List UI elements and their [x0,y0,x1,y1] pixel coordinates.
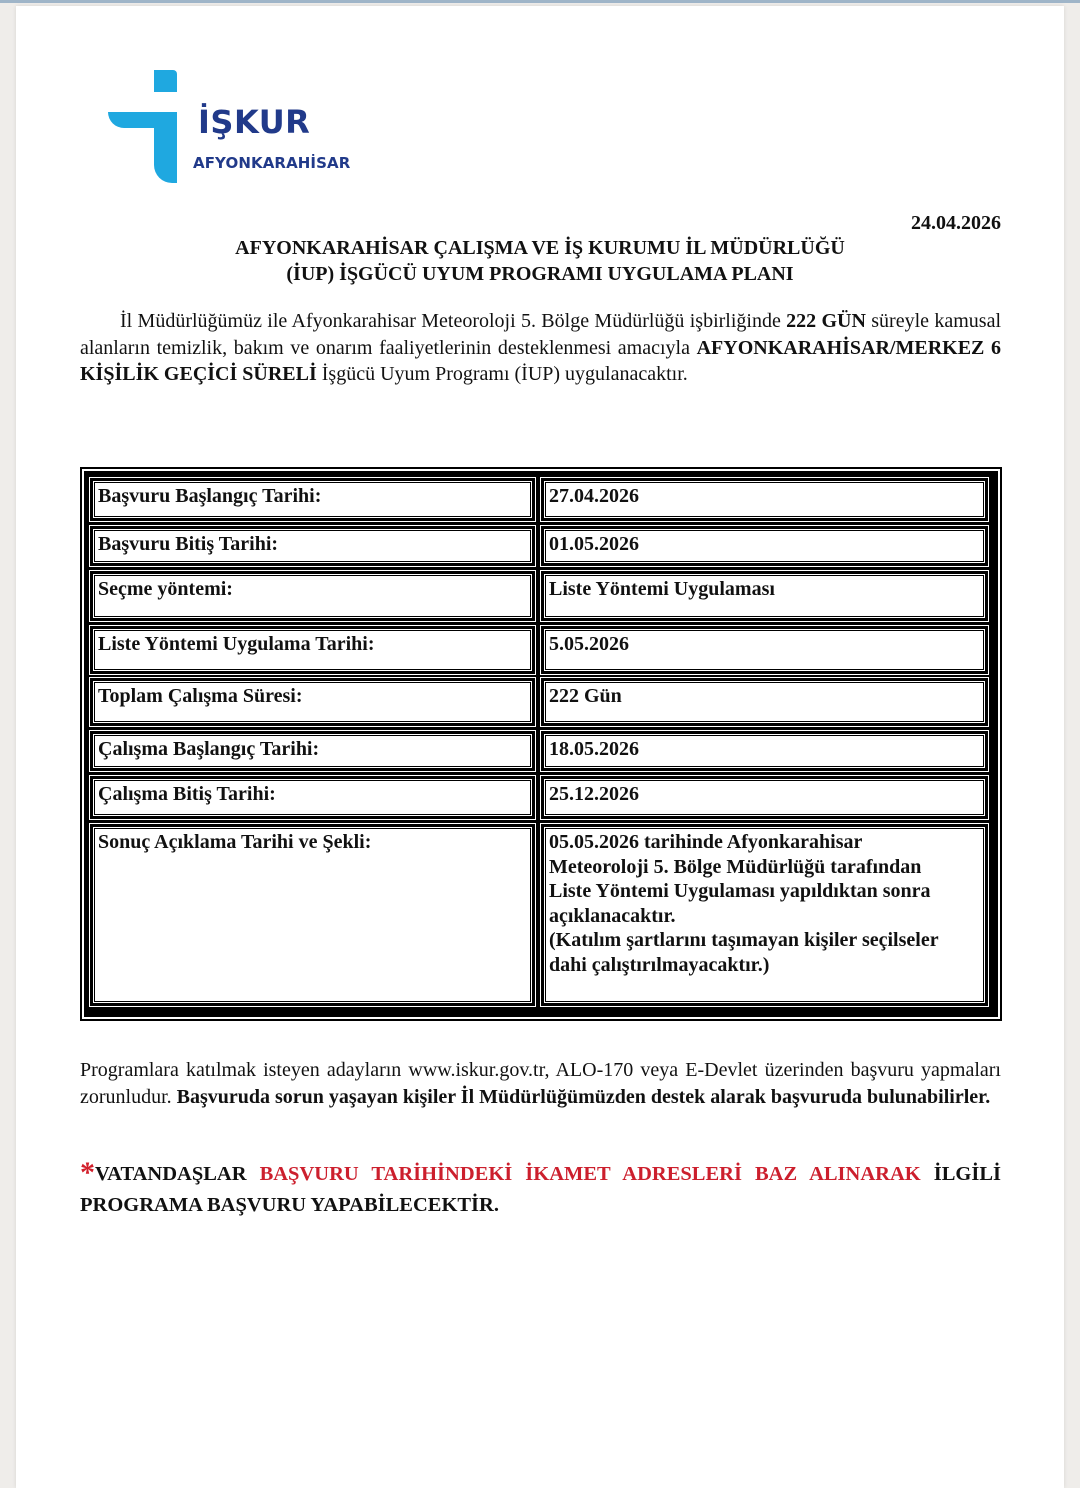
intro-text-1: İl Müdürlüğümüz ile Afyonkarahisar Meteo… [120,310,786,332]
table-row-value: 5.05.2026 [541,626,988,674]
title-line-1: AFYONKARAHİSAR ÇALIŞMA VE İŞ KURUMU İL M… [140,235,940,261]
document-title: AFYONKARAHİSAR ÇALIŞMA VE İŞ KURUMU İL M… [140,235,940,287]
result-line: açıklanacaktır. [549,904,979,929]
application-support-text: Başvuruda sorun yaşayan kişiler İl Müdür… [177,1086,991,1108]
intro-duration: 222 GÜN [786,310,866,332]
iskur-logo: İŞKUR AFYONKARAHİSAR [108,70,348,186]
table-row-label: Başvuru Başlangıç Tarihi: [90,478,535,521]
table-row-value: Liste Yöntemi Uygulaması [541,571,988,621]
table-row-value: 222 Gün [541,678,988,726]
document-date: 24.04.2026 [880,212,1001,235]
result-line: dahi çalıştırılmayacaktır.) [549,953,979,978]
table-row-label: Liste Yöntemi Uygulama Tarihi: [90,626,535,674]
logo-mark-stem-icon [154,112,177,183]
table-row-value: 25.12.2026 [541,776,988,819]
table-row-value: 01.05.2026 [541,526,988,566]
table-row-value: 27.04.2026 [541,478,988,521]
result-line: 05.05.2026 tarihinde Afyonkarahisar [549,830,979,855]
title-line-2: (İUP) İŞGÜCÜ UYUM PROGRAMI UYGULAMA PLAN… [140,261,940,287]
table-row-label: Başvuru Bitiş Tarihi: [90,526,535,566]
result-line: Meteoroloji 5. Bölge Müdürlüğü tarafında… [549,855,979,880]
intro-paragraph: İl Müdürlüğümüz ile Afyonkarahisar Meteo… [80,308,1001,388]
logo-mark-dot-icon [154,70,177,92]
table-row-value: 18.05.2026 [541,731,988,771]
table-row-label: Toplam Çalışma Süresi: [90,678,535,726]
warning-text-1: VATANDAŞLAR [95,1163,260,1185]
table-frame: Başvuru Başlangıç Tarihi: 27.04.2026 Baş… [84,471,998,1017]
table-row-label: Sonuç Açıklama Tarihi ve Şekli: [90,824,535,1006]
viewer-top-bar [0,0,1080,3]
asterisk-icon: * [80,1156,95,1189]
table-row-label: Seçme yöntemi: [90,571,535,621]
intro-text-3: İşgücü Uyum Programı (İUP) uygulanacaktı… [317,363,688,385]
result-line: Liste Yöntemi Uygulaması yapıldıktan son… [549,879,979,904]
application-note-paragraph: Programlara katılmak isteyen adayların w… [80,1057,1001,1110]
program-details-table: Başvuru Başlangıç Tarihi: 27.04.2026 Baş… [80,467,1002,1021]
logo-brand-text: İŞKUR [198,106,310,138]
table-row-label: Çalışma Bitiş Tarihi: [90,776,535,819]
result-line: (Katılım şartlarını taşımayan kişiler se… [549,928,979,953]
warning-highlight-text: BAŞVURU TARİHİNDEKİ İKAMET ADRESLERİ BAZ… [260,1163,921,1185]
logo-city-text: AFYONKARAHİSAR [193,156,350,171]
table-row-value-result: 05.05.2026 tarihinde Afyonkarahisar Mete… [541,824,988,1006]
table-row-label: Çalışma Başlangıç Tarihi: [90,731,535,771]
residence-warning: *VATANDAŞLAR BAŞVURU TARİHİNDEKİ İKAMET … [80,1159,1001,1221]
